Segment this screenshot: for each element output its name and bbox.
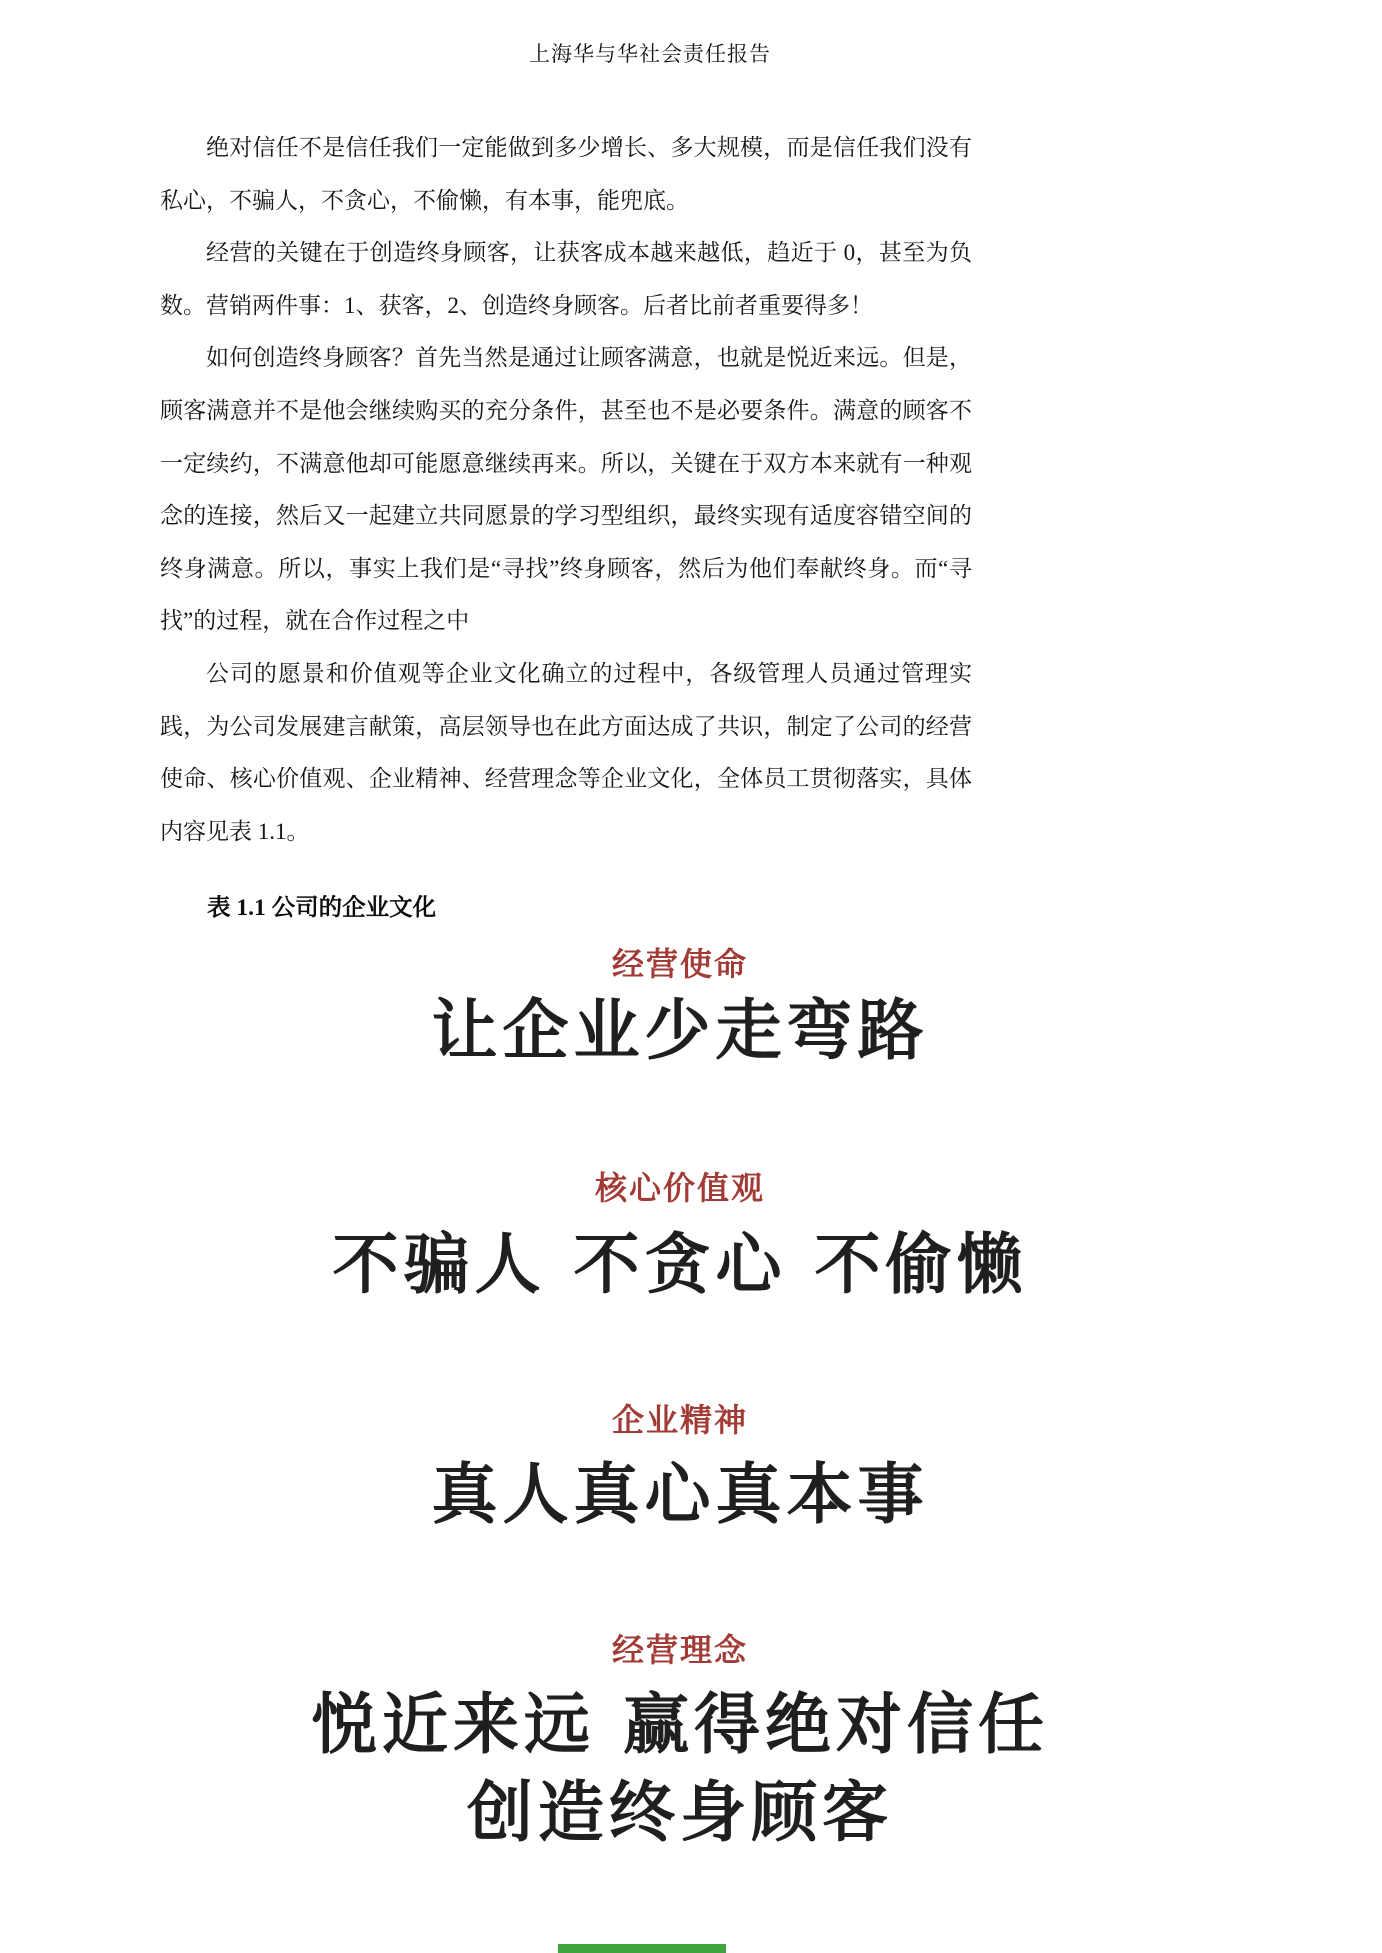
section-heading-spirit: 企业精神 bbox=[0, 1400, 1360, 1440]
document-page: 上海华与华社会责任报告 绝对信任不是信任我们一定能做到多少增长、多大规模，而是信… bbox=[0, 0, 1382, 1953]
page-header-title: 上海华与华社会责任报告 bbox=[0, 38, 1300, 68]
paragraph: 经营的关键在于创造终身顾客，让获客成本越来越低，趋近于 0，甚至为负数。营销两件… bbox=[160, 227, 972, 332]
section-slogan-philosophy: 悦近来远 赢得绝对信任 创造终身顾客 bbox=[0, 1682, 1360, 1854]
section-heading-philosophy: 经营理念 bbox=[0, 1630, 1360, 1670]
section-slogan-core-values: 不骗人 不贪心 不偷懒 bbox=[0, 1222, 1360, 1306]
paragraph: 绝对信任不是信任我们一定能做到多少增长、多大规模，而是信任我们没有私心，不骗人，… bbox=[160, 122, 972, 227]
slogan-line: 悦近来远 赢得绝对信任 bbox=[0, 1682, 1360, 1766]
slogan-line: 真人真心真本事 bbox=[0, 1452, 1360, 1536]
paragraph: 如何创造终身顾客？首先当然是通过让顾客满意，也就是悦近来远。但是，顾客满意并不是… bbox=[160, 332, 972, 648]
slogan-line: 让企业少走弯路 bbox=[0, 988, 1360, 1072]
next-page-image-sliver bbox=[558, 1944, 726, 1953]
section-slogan-spirit: 真人真心真本事 bbox=[0, 1452, 1360, 1536]
paragraph: 公司的愿景和价值观等企业文化确立的过程中，各级管理人员通过管理实践，为公司发展建… bbox=[160, 648, 972, 858]
section-heading-mission: 经营使命 bbox=[0, 944, 1360, 984]
slogan-line: 不骗人 不贪心 不偷懒 bbox=[0, 1222, 1360, 1306]
section-slogan-mission: 让企业少走弯路 bbox=[0, 988, 1360, 1072]
body-text-block: 绝对信任不是信任我们一定能做到多少增长、多大规模，而是信任我们没有私心，不骗人，… bbox=[160, 122, 972, 935]
section-heading-core-values: 核心价值观 bbox=[0, 1168, 1360, 1208]
slogan-line: 创造终身顾客 bbox=[0, 1770, 1360, 1854]
table-caption: 表 1.1 公司的企业文化 bbox=[160, 882, 972, 935]
